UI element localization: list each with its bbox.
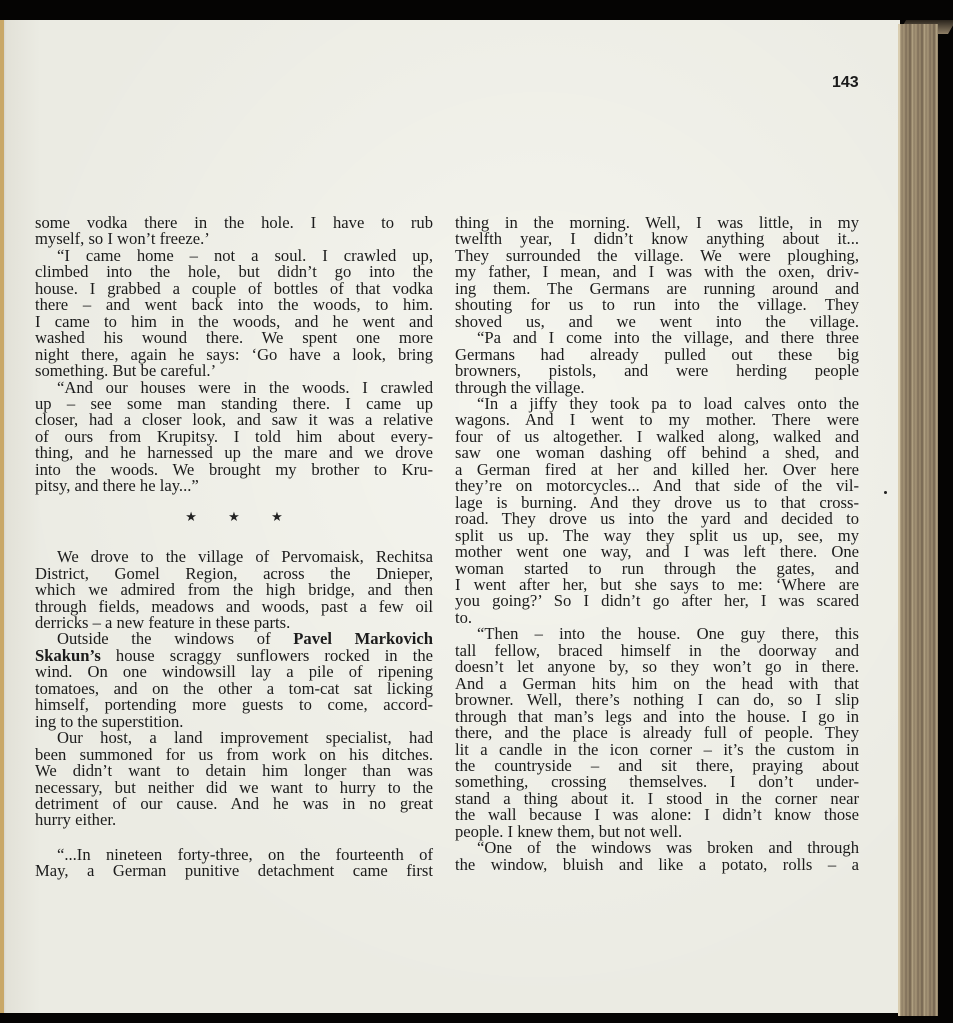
page-number: 143 bbox=[832, 74, 859, 92]
paragraph: “In a jiffy they took pa to load calves … bbox=[455, 396, 859, 626]
paragraph: “Then – into the house. One guy there, t… bbox=[455, 626, 859, 840]
text-line: you going?’ So I didn’t go after her, I … bbox=[455, 593, 859, 609]
paragraph: thing in the morning. Well, I was little… bbox=[455, 215, 859, 330]
left-column: some vodka there in the hole. I have to … bbox=[35, 215, 433, 880]
text-line: pitsy, and there he lay...” bbox=[35, 478, 433, 494]
section-break-stars: ★ ★ ★ bbox=[35, 509, 433, 525]
right-column: thing in the morning. Well, I was little… bbox=[455, 215, 859, 873]
book-page-edges bbox=[898, 24, 938, 1016]
paragraph: some vodka there in the hole. I have to … bbox=[35, 215, 433, 248]
paragraph: “One of the windows was broken and throu… bbox=[455, 840, 859, 873]
paragraph: “...In nineteen forty-three, on the four… bbox=[35, 847, 433, 880]
text-line: hurry either. bbox=[35, 812, 433, 828]
paragraph: Our host, a land improvement specialist,… bbox=[35, 730, 433, 829]
paragraph: We drove to the village of Pervomaisk, R… bbox=[35, 549, 433, 631]
paragraph: “Pa and I come into the village, and the… bbox=[455, 330, 859, 396]
text-line: the window, bluish and like a potato, ro… bbox=[455, 857, 859, 873]
paper-speck bbox=[884, 491, 887, 494]
page-gutter-edge bbox=[0, 20, 4, 1013]
text-line: May, a German punitive detachment came f… bbox=[35, 863, 433, 879]
paragraph: Outside the windows of Pavel Markovich S… bbox=[35, 631, 433, 730]
paragraph: “And our houses were in the woods. I cra… bbox=[35, 380, 433, 495]
paragraph: “I came home – not a soul. I crawled up,… bbox=[35, 248, 433, 380]
